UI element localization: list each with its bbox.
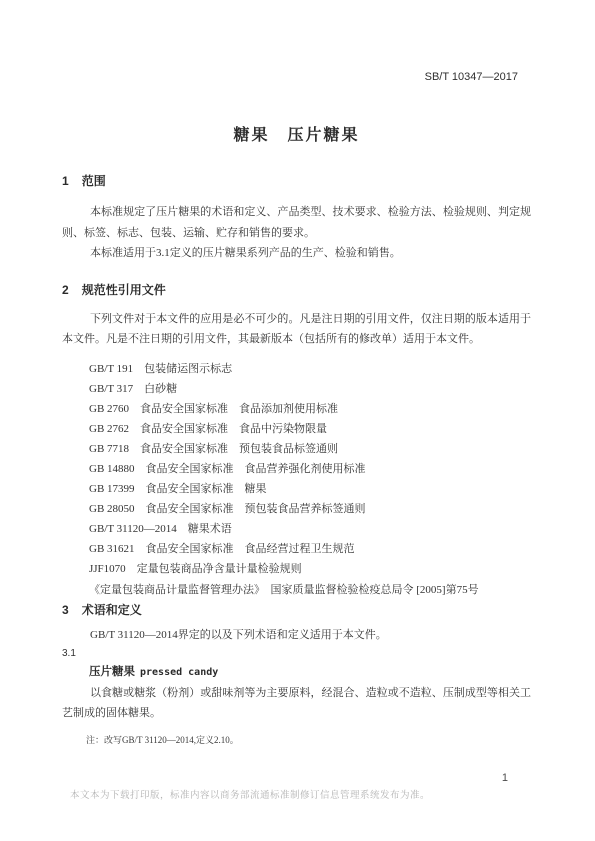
section-2-title: 规范性引用文件 <box>82 283 166 297</box>
section-1-paragraph-2: 本标准适用于3.1定义的压片糖果系列产品的生产、检验和销售。 <box>62 243 531 264</box>
clause-number: 3.1 <box>62 647 531 661</box>
term-name-zh: 压片糖果 <box>89 666 135 678</box>
section-2-paragraph-1: 下列文件对于本文件的应用是必不可少的。凡是注日期的引用文件，仅注日期的版本适用于… <box>62 309 531 350</box>
section-3-title: 术语和定义 <box>82 603 142 617</box>
reference-item: GB 31621 食品安全国家标准 食品经营过程卫生规范 <box>62 539 531 559</box>
reference-item: GB/T 317 白砂糖 <box>62 379 531 399</box>
document-page: SB/T 10347—2017 糖果 压片糖果 1范围 本标准规定了压片糖果的术… <box>0 0 595 841</box>
reference-item: GB 14880 食品安全国家标准 食品营养强化剂使用标准 <box>62 459 531 479</box>
reference-item: GB 17399 食品安全国家标准 糖果 <box>62 479 531 499</box>
standard-code: SB/T 10347—2017 <box>62 71 518 83</box>
section-2-heading: 2规范性引用文件 <box>62 284 531 296</box>
section-3-heading: 3术语和定义 <box>62 604 531 616</box>
term-definition: 以食糖或糖浆（粉剂）或甜味剂等为主要原料，经混合、造粒或不造粒、压制成型等相关工… <box>62 683 531 724</box>
page-content: SB/T 10347—2017 糖果 压片糖果 1范围 本标准规定了压片糖果的术… <box>0 71 595 746</box>
normative-references-list: GB/T 191 包装储运图示标志 GB/T 317 白砂糖 GB 2760 食… <box>62 359 531 600</box>
section-3-paragraph-1: GB/T 31120—2014界定的以及下列术语和定义适用于本文件。 <box>62 625 531 645</box>
section-1-heading: 1范围 <box>62 175 531 187</box>
document-title: 糖果 压片糖果 <box>62 127 531 144</box>
reference-item: GB 28050 食品安全国家标准 预包装食品营养标签通则 <box>62 499 531 519</box>
reference-item: GB/T 31120—2014 糖果术语 <box>62 519 531 539</box>
reference-item: GB/T 191 包装储运图示标志 <box>62 359 531 379</box>
section-1-paragraph-1: 本标准规定了压片糖果的术语和定义、产品类型、技术要求、检验方法、检验规则、判定规… <box>62 202 531 243</box>
section-3-number: 3 <box>62 604 69 616</box>
term-entry: 压片糖果pressed candy <box>62 664 531 680</box>
footer-disclaimer: 本文本为下载打印版，标准内容以商务部流通标准制修订信息管理系统发布为准。 <box>70 787 430 801</box>
section-2-number: 2 <box>62 284 69 296</box>
reference-item: GB 2762 食品安全国家标准 食品中污染物限量 <box>62 419 531 439</box>
reference-item: JJF1070 定量包装商品净含量计量检验规则 <box>62 559 531 579</box>
reference-item: GB 2760 食品安全国家标准 食品添加剂使用标准 <box>62 399 531 419</box>
reference-item: GB 7718 食品安全国家标准 预包装食品标签通则 <box>62 439 531 459</box>
reference-item: 《定量包装商品计量监督管理办法》 国家质量监督检验检疫总局令 [2005]第75… <box>62 580 531 600</box>
section-1-number: 1 <box>62 175 69 187</box>
section-1-title: 范围 <box>82 174 106 188</box>
page-number: 1 <box>502 772 508 784</box>
term-name-en: pressed candy <box>140 667 218 678</box>
term-note: 注：改写GB/T 31120—2014,定义2.10。 <box>62 734 531 746</box>
